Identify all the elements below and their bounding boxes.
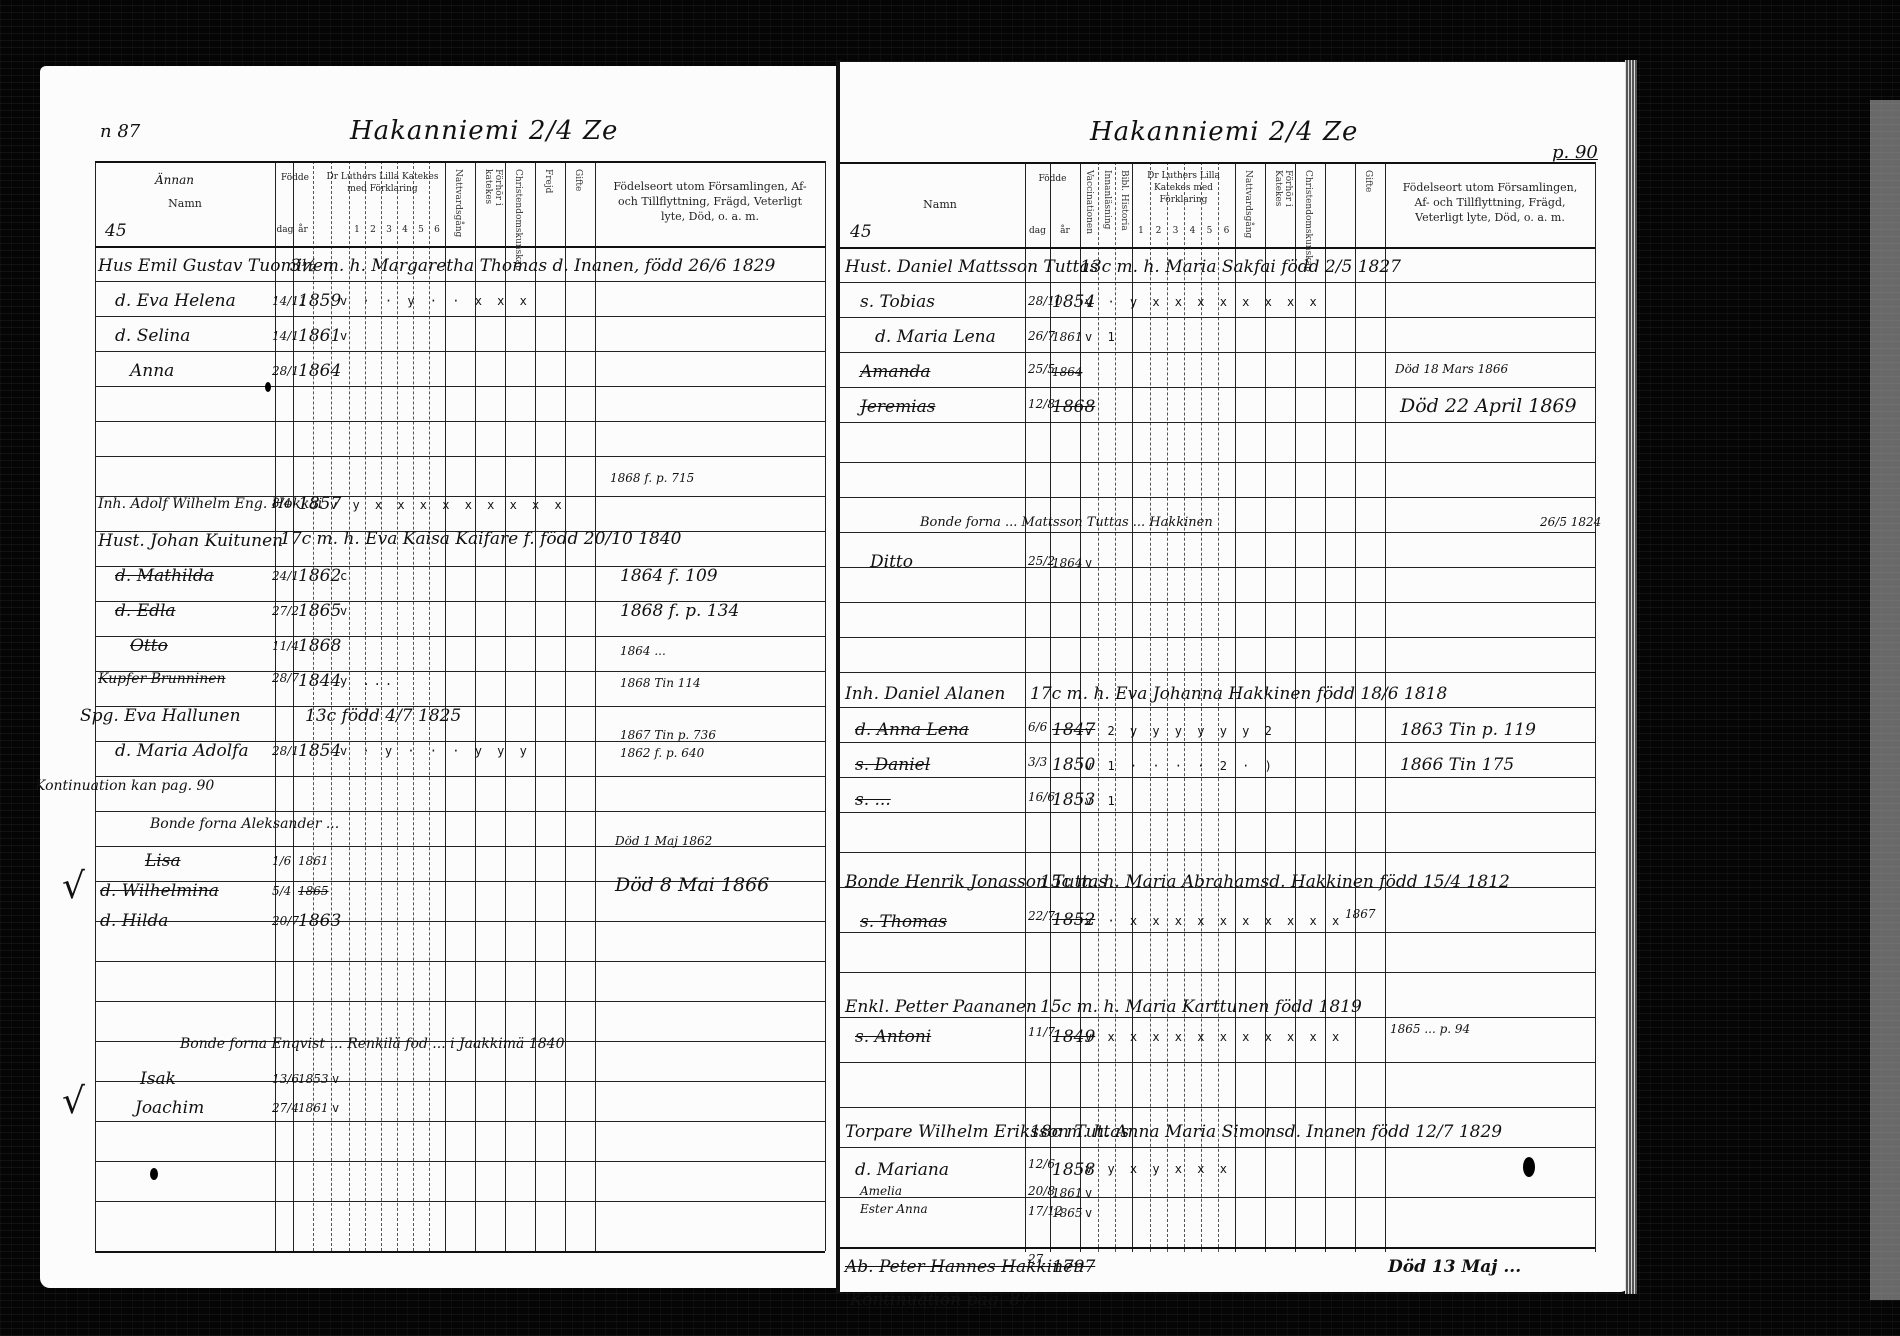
catechism-col-1: 1 <box>349 223 365 238</box>
entry-marks: v y x y x x x <box>1085 1162 1231 1176</box>
entry-remarks: 1863 Tin p. 119 <box>1400 720 1536 740</box>
entry-name: Isak <box>140 1069 176 1089</box>
entry-birth-year: 1865 <box>298 601 341 621</box>
catechism-col-3: 3 <box>1167 224 1184 239</box>
entry-birth-year: 1861 <box>1052 330 1083 344</box>
entry-name: Ester Anna <box>860 1202 928 1216</box>
entry-name: Anna <box>130 361 174 381</box>
right-page-number: p. 90 <box>1552 142 1598 163</box>
entry-birth-year: 1844 <box>298 671 341 691</box>
vertical-header-conduct: Frejd <box>543 169 553 241</box>
entry-marks: v <box>1085 556 1096 570</box>
name-column-header: Namn <box>880 197 1000 212</box>
left-page-marker: n 87 <box>100 121 140 142</box>
entry-birth-year: 1864 <box>1052 365 1083 379</box>
check-mark-icon: √ <box>62 1081 85 1122</box>
vertical-header-communion: Nattvardsgång <box>453 169 463 241</box>
entry-name: d. Eva Helena <box>115 291 236 311</box>
entry-birth-year: 1864 <box>1052 556 1083 570</box>
entry-birth-day: 11/7 <box>1028 1025 1055 1039</box>
entry-remarks: 1868 Tin 114 <box>620 676 701 690</box>
entry-marks: c <box>340 569 351 583</box>
entry-name: s. Tobias <box>860 292 935 312</box>
entry-name: Spg. Eva Hallunen <box>80 706 241 726</box>
entry-name: Bonde forna ... Mattsson Tuttas ... Hakk… <box>920 515 1213 530</box>
entry-birth-day: 27/2 <box>272 604 299 618</box>
entry-name: d. Selina <box>115 326 190 346</box>
entry-remarks: 1864 f. 109 <box>620 566 718 586</box>
entry-marks: v x x x x x x x x x x x <box>1085 1030 1343 1044</box>
entry-birth-day: 16/6 <box>1028 790 1055 804</box>
continuation-note: Kontinuation pag. 87 <box>850 1290 1031 1310</box>
birth-column-header: Födde <box>275 171 315 186</box>
vertical-header-exam: Förhör i katekes <box>483 169 503 241</box>
entry-name: d. Maria Adolfa <box>115 741 249 761</box>
entry-birth-day: 5/4 <box>272 884 291 898</box>
name-header-annotation: Ännan <box>155 173 194 187</box>
entry-birth-year: 1865 <box>1052 1206 1083 1220</box>
entry-birth-year: 1865 <box>298 884 329 898</box>
entry-remarks: Död 18 Mars 1866 <box>1395 362 1508 376</box>
entry-marks: v <box>340 604 351 618</box>
catechism-col-2: 2 <box>365 223 381 238</box>
entry-remarks: 1868 f. p. 715 <box>610 471 694 485</box>
vertical-header-reading: Innanläsning <box>1102 170 1112 242</box>
entry-spouse: 15c m. h. Maria Karttunen född 1819 <box>1040 997 1362 1017</box>
entry-name: s. Thomas <box>860 912 947 932</box>
left-page: Hakanniemi 2/4 Ze n 87 Namn Ännan 45 Föd… <box>40 66 840 1288</box>
entry-name: Inh. Daniel Alanen <box>845 684 1005 704</box>
birth-day-header: dag <box>275 223 295 238</box>
entry-birth-year: 1861 <box>298 326 341 346</box>
entry-name: s. ... <box>855 790 891 810</box>
entry-marks: v <box>1085 1206 1096 1220</box>
birth-day-header: dag <box>1025 224 1050 239</box>
ink-blot <box>265 382 271 392</box>
entry-marks: v 2 y y y y y y 2 <box>1085 724 1276 738</box>
entry-spouse: 18c m. h. Anna Maria Simonsd. Inanen föd… <box>1030 1122 1502 1142</box>
vertical-header-knowledge: Christendomskunskap <box>1303 170 1313 242</box>
remarks-column-header: Födelseort utom Församlingen, Af- och Ti… <box>610 179 810 224</box>
entry-birth-day: 28/1 <box>272 364 299 378</box>
entry-remarks: 1867 Tin p. 736 <box>620 728 716 742</box>
entry-birth-day: 22/7 <box>1028 909 1055 923</box>
entry-marks: v 1 <box>1085 330 1119 344</box>
entry-birth-day: 1/6 <box>272 854 291 868</box>
birth-column-header: Födde <box>1025 172 1080 187</box>
left-parish-heading: Hakanniemi 2/4 Ze <box>350 116 618 146</box>
entry-spouse: 17c m. h. Eva Johanna Hakkinen född 18/6… <box>1030 684 1447 704</box>
check-mark-icon: √ <box>62 866 85 907</box>
entry-birth-day: 20/8 <box>1028 1184 1055 1198</box>
entry-remarks: Död 22 April 1869 <box>1400 395 1577 417</box>
entry-name: Lisa <box>145 851 181 871</box>
entry-name: Ab. Peter Hannes Hakkinen <box>845 1257 1084 1277</box>
entry-birth-year: 1861 <box>1052 1186 1083 1200</box>
entry-remarks: 1866 Tin 175 <box>1400 755 1514 775</box>
vertical-header-exam: Förhör i Katekes <box>1273 170 1293 242</box>
entry-remarks: Död 13 Maj ... <box>1388 1257 1521 1277</box>
entry-name: d. Anna Lena <box>855 720 969 740</box>
entry-name: Amanda <box>860 362 931 382</box>
vertical-header-married: Gifte <box>1363 170 1373 242</box>
entry-name: d. Hilda <box>100 911 168 931</box>
entry-name: s. Daniel <box>855 755 930 775</box>
catechism-header: Dr Luthers Lilla Katekes med Förklaring <box>320 171 445 195</box>
entry-birth-year: 1868 <box>298 636 341 656</box>
entry-birth-day: 3/3 <box>1028 755 1047 769</box>
entry-birth-day: 26/7 <box>1028 329 1055 343</box>
entry-name: Hust. Daniel Mattsson Tuttas <box>845 257 1098 277</box>
entry-name: Hust. Johan Kuitunen <box>98 531 283 551</box>
entry-birth-year: 1859 <box>298 291 341 311</box>
entry-remarks: 1865 ... p. 94 <box>1390 1022 1470 1036</box>
entry-marks: y ... <box>340 674 396 688</box>
ink-blot <box>150 1168 158 1180</box>
catechism-col-4: 4 <box>1184 224 1201 239</box>
right-ledger-grid: Namn 45 Födde dag år Vaccinationen Innan… <box>840 162 1595 1252</box>
entry-name: Enkl. Petter Paananen <box>845 997 1037 1017</box>
catechism-col-3: 3 <box>381 223 397 238</box>
entry-name: d. Maria Lena <box>875 327 996 347</box>
entry-remarks: 1868 f. p. 134 <box>620 601 739 621</box>
entry-birth-year: 1864 <box>298 361 341 381</box>
section-number: 45 <box>850 222 872 242</box>
birth-year-header: år <box>293 223 313 238</box>
entry-remarks: Död 1 Maj 1862 <box>615 834 712 848</box>
entry-name: Jeremias <box>860 397 935 417</box>
entry-marks: v <box>340 329 351 343</box>
entry-birth-day: 28/1 <box>272 744 299 758</box>
entry-name: d. Mariana <box>855 1160 949 1180</box>
entry-birth-year: 1862 <box>298 566 341 586</box>
entry-birth-day: 11/4 <box>272 639 299 653</box>
entry-marks: v 1 <box>1085 794 1119 808</box>
entry-remarks: 26/5 1824 <box>1540 515 1601 529</box>
entry-name: Ditto <box>870 552 913 572</box>
entry-name: d. Wilhelmina <box>100 881 219 901</box>
entry-marks: v <box>332 1072 343 1086</box>
entry-marks: v · y · · · y y y <box>340 744 531 758</box>
catechism-col-6: 6 <box>1218 224 1235 239</box>
entry-marks: v <box>332 1101 343 1115</box>
entry-name: d. Mathilda <box>115 566 214 586</box>
entry-birth-day: 27/4 <box>272 1101 299 1115</box>
entry-birth-day: 25/5 <box>1028 362 1055 376</box>
entry-birth-day: 12/8 <box>1028 397 1055 411</box>
entry-birth-year: 1853 <box>298 1072 329 1086</box>
vertical-header-married: Gifte <box>573 169 583 241</box>
entry-name: Bonde forna Aleksander ... <box>150 816 339 832</box>
catechism-col-6: 6 <box>429 223 445 238</box>
entry-birth-year: 1868 <box>1052 397 1095 417</box>
entry-spouse: 13c född 4/7 1825 <box>305 706 461 726</box>
entry-remarks: 1862 f. p. 640 <box>620 746 704 760</box>
birth-year-header: år <box>1050 224 1080 239</box>
entry-birth-day: 6/6 <box>1028 720 1047 734</box>
entry-birth-year: 1854 <box>298 741 341 761</box>
catechism-col-2: 2 <box>1150 224 1167 239</box>
catechism-col-4: 4 <box>397 223 413 238</box>
entry-birth-day: 14/1 <box>272 329 299 343</box>
ink-blot <box>1523 1157 1535 1177</box>
continuation-note: Kontinuation kan pag. 90 <box>35 778 214 794</box>
entry-birth-day: 20/7 <box>272 914 299 928</box>
entry-name: Otto <box>130 636 168 656</box>
name-column-header: Namn <box>125 196 245 211</box>
catechism-col-5: 5 <box>413 223 429 238</box>
entry-birth-day: 13/6 <box>272 1072 299 1086</box>
vertical-header-communion: Nattvardsgång <box>1243 170 1253 242</box>
entry-birth-day: 24/1 <box>272 569 299 583</box>
entry-remarks: 1867 <box>1345 907 1376 921</box>
entry-name: Amelia <box>860 1184 902 1198</box>
entry-birth-year: 1861 <box>298 854 329 868</box>
entry-birth-year: 1797 <box>1052 1257 1095 1277</box>
entry-spouse: 17c m. h. Eva Kaisa Kaifare f. född 20/1… <box>280 529 681 549</box>
entry-name: d. Edla <box>115 601 176 621</box>
entry-marks: v y x x x x x x x x x <box>330 498 566 512</box>
catechism-header: Dr Luthers Lilla Katekes med Förklaring <box>1132 170 1235 206</box>
vertical-header-knowledge: Christendomskunskap <box>513 169 523 241</box>
entry-marks: v · · y · · x x x <box>340 294 531 308</box>
right-parish-heading: Hakanniemi 2/4 Ze <box>1090 117 1358 147</box>
entry-birth-year: 1863 <box>298 911 341 931</box>
vertical-header-bible-history: Bibl. Historia <box>1119 170 1129 242</box>
entry-marks: v <box>1085 1186 1096 1200</box>
section-number: 45 <box>105 221 127 241</box>
vertical-header-vaccination: Vaccinationen <box>1084 170 1094 242</box>
entry-birth-day: 12/6 <box>1028 1157 1055 1171</box>
entry-marks: v · y x x x x x x x x <box>1085 295 1321 309</box>
entry-birth-day: 28/7 <box>272 671 299 685</box>
entry-spouse: 3½ m. h. Margaretha Thomas d. Inanen, fö… <box>290 256 775 276</box>
adjacent-page-edge <box>1870 100 1900 1300</box>
entry-name: Kupfer Brunninen <box>98 671 226 687</box>
entry-spouse: 13c m. h. Maria Sakfai född 2/5 1827 <box>1080 257 1401 277</box>
entry-name: s. Antoni <box>855 1027 931 1047</box>
catechism-col-1: 1 <box>1132 224 1150 239</box>
remarks-column-header: Födelseort utom Församlingen, Af- och Ti… <box>1395 180 1585 225</box>
entry-marks: v · x x x x x x x x x x <box>1085 914 1343 928</box>
entry-birth-day: 25/2 <box>1028 554 1055 568</box>
entry-birth-day: 8/4 <box>272 496 291 510</box>
entry-name: Bonde forna Enqvist ... Renkilä fod ... … <box>180 1036 564 1052</box>
entry-spouse: 15c m. h. Maria Abrahamsd. Hakkinen född… <box>1040 872 1510 892</box>
entry-birth-day: 27 <box>1028 1252 1043 1266</box>
entry-remarks: Död 8 Mai 1866 <box>615 874 769 896</box>
entry-name: Joachim <box>135 1098 204 1118</box>
entry-birth-year: 1861 <box>298 1101 329 1115</box>
catechism-col-5: 5 <box>1201 224 1218 239</box>
entry-remarks: 1864 ... <box>620 644 666 658</box>
entry-marks: v 1 · · · · 2 · ) <box>1085 759 1276 773</box>
right-page: Hakanniemi 2/4 Ze p. 90 Namn 45 Födde da… <box>840 62 1630 1292</box>
page-stack-edge <box>1625 60 1637 1294</box>
